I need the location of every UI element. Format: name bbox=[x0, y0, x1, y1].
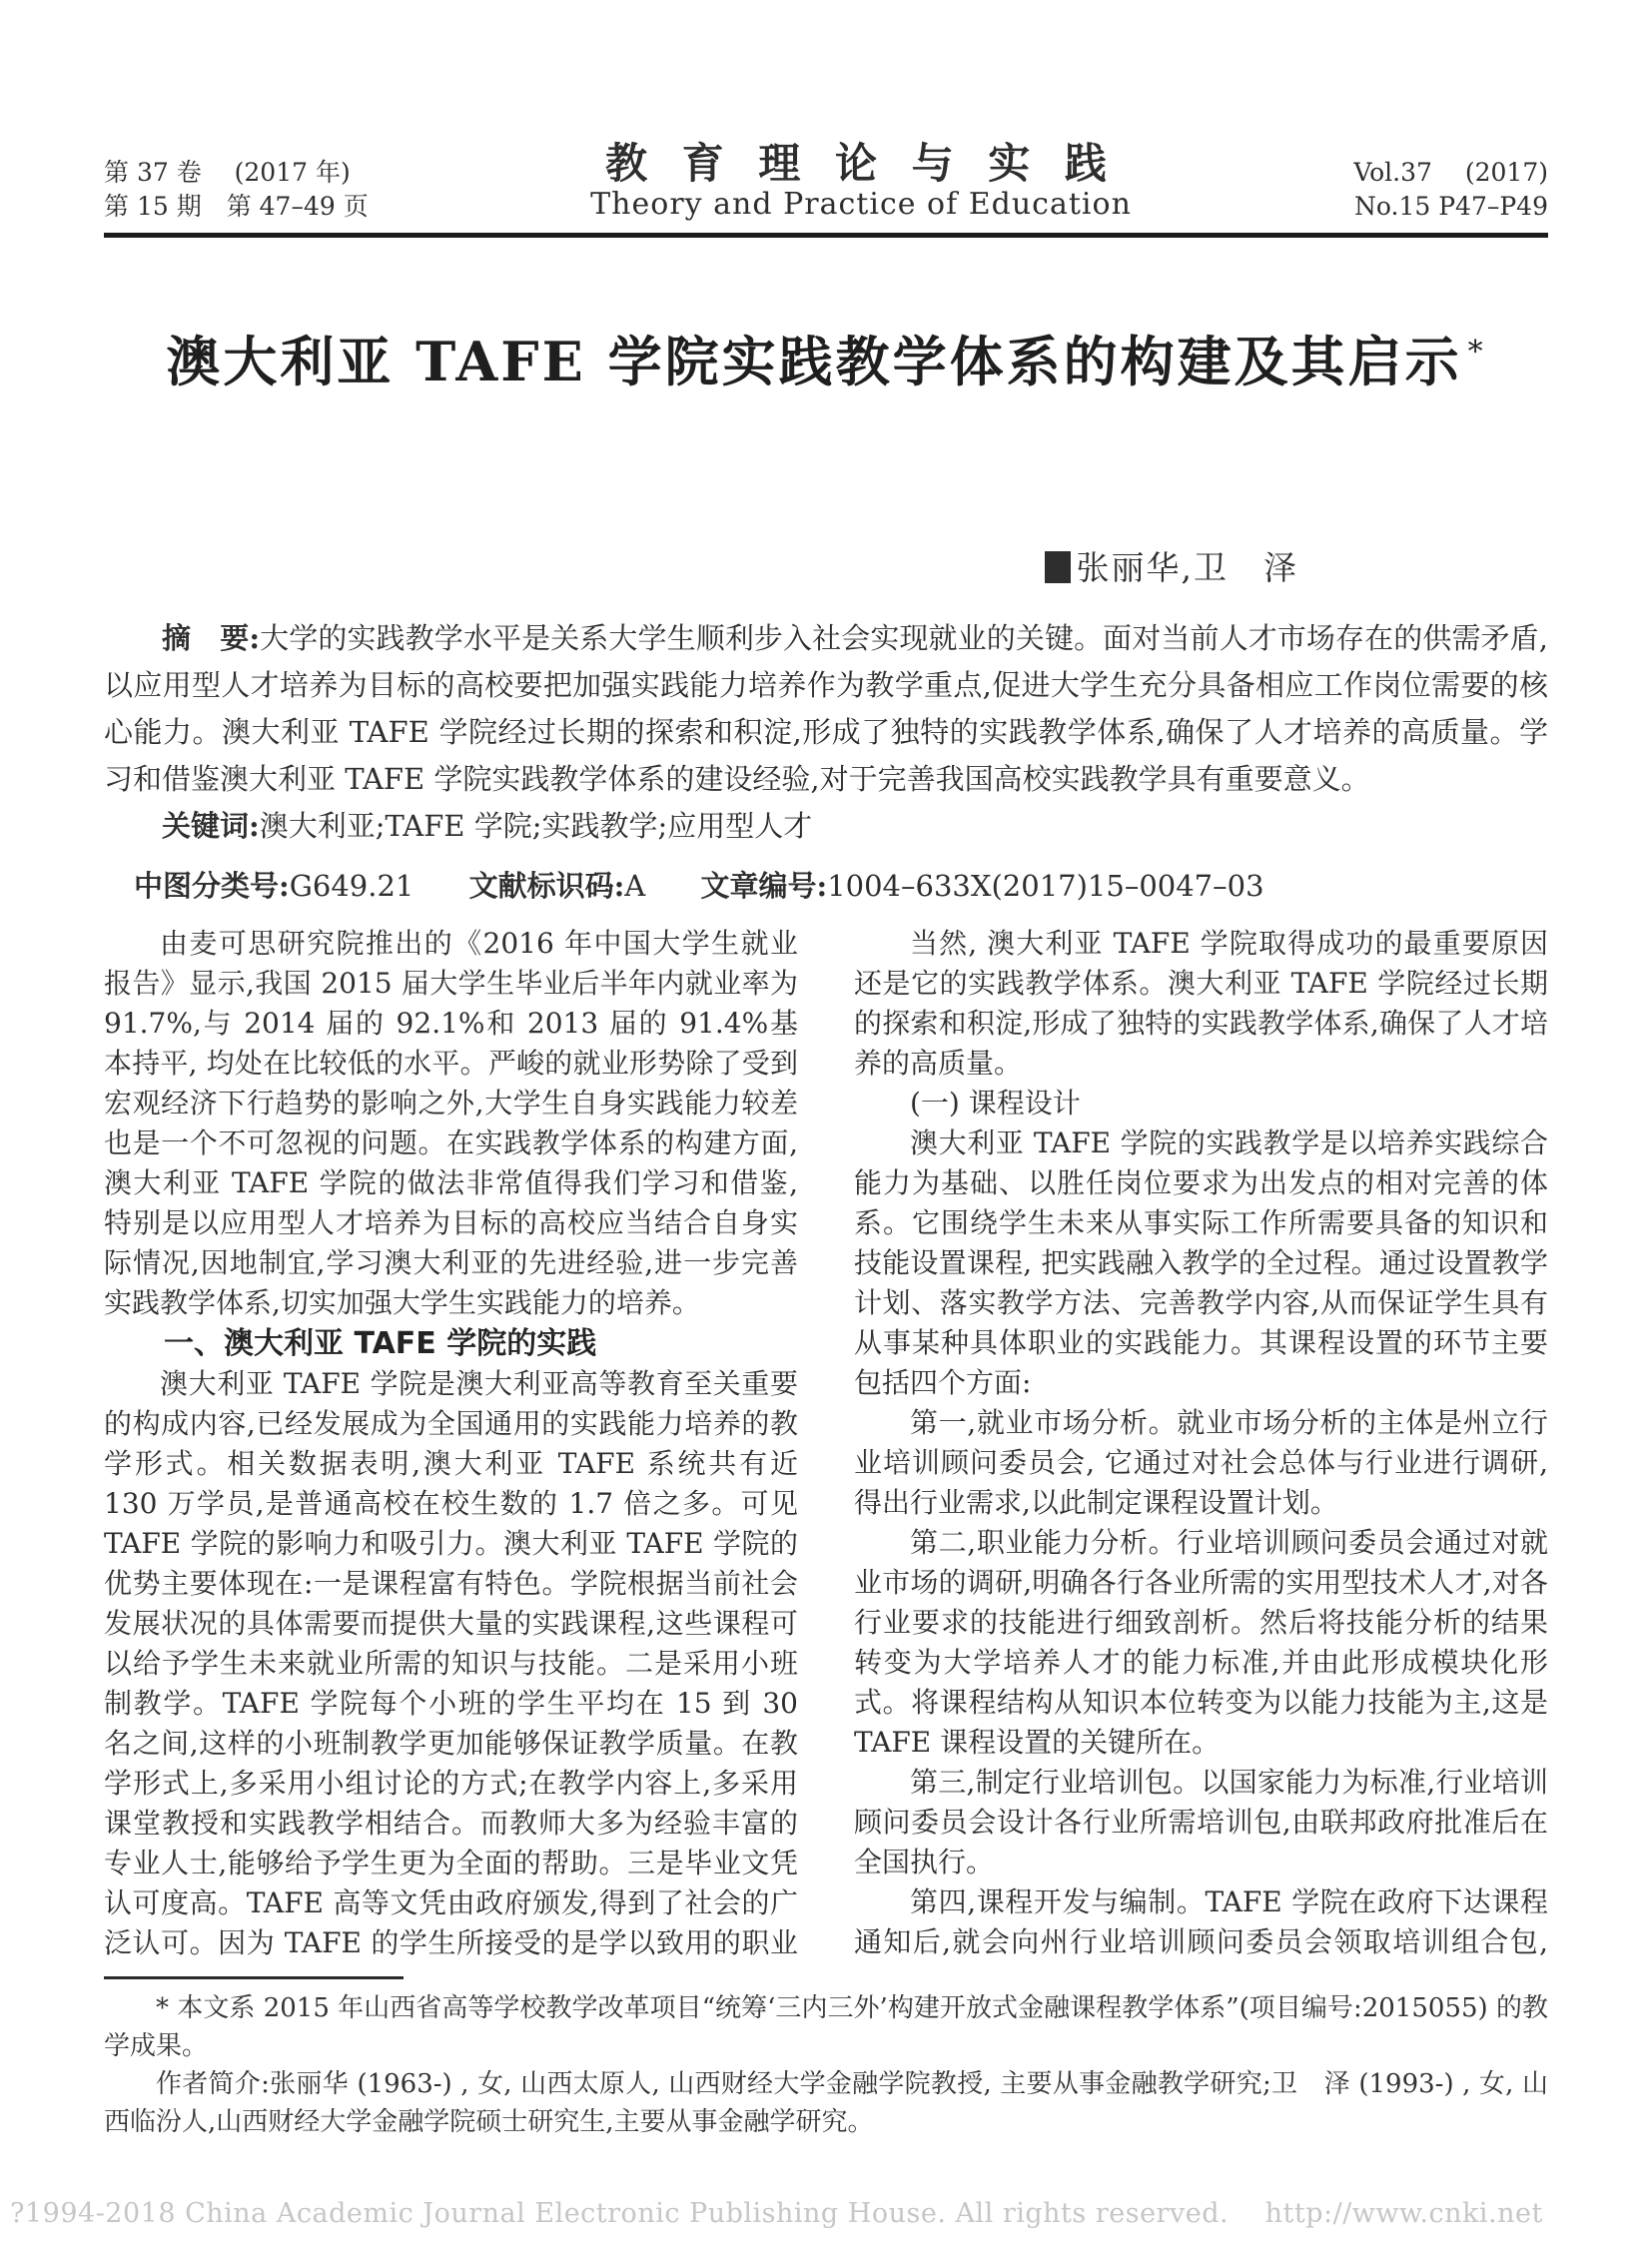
authors-text: 张丽华,卫 泽 bbox=[1077, 548, 1299, 587]
journal-name-en: Theory and Practice of Education bbox=[369, 186, 1354, 224]
footnote-author-bio: 作者简介:张丽华 (1963-) , 女, 山西太原人, 山西财经大学金融学院教… bbox=[104, 2065, 1548, 2141]
clc-label: 中图分类号: bbox=[134, 869, 290, 903]
section-heading: 一、澳大利亚 TAFE 学院的实践 bbox=[104, 1323, 798, 1364]
journal-header: 第 37 卷 (2017 年) 第 15 期 第 47–49 页 教 育 理 论… bbox=[104, 0, 1548, 224]
issue-line: 第 15 期 第 47–49 页 bbox=[104, 190, 369, 224]
right-column: 当然, 澳大利亚 TAFE 学院取得成功的最重要原因还是它的实践教学体系。澳大利… bbox=[854, 924, 1548, 1966]
abstract-text: 大学的实践教学水平是关系大学生顺利步入社会实现就业的关键。面对当前人才市场存在的… bbox=[104, 621, 1548, 796]
body-paragraph: 澳大利亚 TAFE 学院的实践教学是以培养实践综合能力为基础、以胜任岗位要求为出… bbox=[854, 1123, 1548, 1403]
clc-value: G649.21 bbox=[290, 869, 414, 903]
article-title-text: 澳大利亚 TAFE 学院实践教学体系的构建及其启示 bbox=[166, 330, 1461, 393]
body-paragraph: 当然, 澳大利亚 TAFE 学院取得成功的最重要原因还是它的实践教学体系。澳大利… bbox=[854, 924, 1548, 1084]
no-page-line: No.15 P47–P49 bbox=[1353, 190, 1548, 224]
keywords-paragraph: 关键词:澳大利亚;TAFE 学院;实践教学;应用型人才 bbox=[104, 803, 1548, 850]
article-id-label: 文章编号: bbox=[700, 869, 827, 903]
body-paragraph: 由麦可思研究院推出的《2016 年中国大学生就业报告》显示,我国 2015 届大… bbox=[104, 924, 798, 1323]
journal-page: 第 37 卷 (2017 年) 第 15 期 第 47–49 页 教 育 理 论… bbox=[0, 0, 1652, 2242]
vol-line: Vol.37 (2017) bbox=[1353, 156, 1548, 190]
abstract-label: 摘 要: bbox=[162, 621, 260, 655]
volume-line: 第 37 卷 (2017 年) bbox=[104, 156, 369, 190]
article-body: 由麦可思研究院推出的《2016 年中国大学生就业报告》显示,我国 2015 届大… bbox=[104, 924, 1548, 1966]
body-paragraph: 第一,就业市场分析。就业市场分析的主体是州立行业培训顾问委员会, 它通过对社会总… bbox=[854, 1403, 1548, 1523]
article-id-value: 1004–633X(2017)15–0047–03 bbox=[827, 869, 1263, 903]
doc-code-value: A bbox=[624, 869, 645, 903]
title-footnote-mark: * bbox=[1468, 335, 1486, 370]
volume-issue-info-en: Vol.37 (2017) No.15 P47–P49 bbox=[1353, 156, 1548, 224]
section-subheading: (一) 课程设计 bbox=[854, 1084, 1548, 1123]
keywords-text: 澳大利亚;TAFE 学院;实践教学;应用型人才 bbox=[260, 809, 813, 843]
footnote-funding: * 本文系 2015 年山西省高等学校教学改革项目“统筹‘三内三外’构建开放式金… bbox=[104, 1989, 1548, 2065]
body-paragraph: 澳大利亚 TAFE 学院是澳大利亚高等教育至关重要的构成内容,已经发展成为全国通… bbox=[104, 1364, 798, 1966]
body-paragraph: 第三,制定行业培训包。以国家能力为标准,行业培训顾问委员会设计各行业所需培训包,… bbox=[854, 1763, 1548, 1882]
footnote-block: * 本文系 2015 年山西省高等学校教学改革项目“统筹‘三内三外’构建开放式金… bbox=[104, 1989, 1548, 2141]
left-column: 由麦可思研究院推出的《2016 年中国大学生就业报告》显示,我国 2015 届大… bbox=[104, 924, 798, 1966]
abstract-block: 摘 要:大学的实践教学水平是关系大学生顺利步入社会实现就业的关键。面对当前人才市… bbox=[104, 615, 1548, 850]
body-paragraph: 第二,职业能力分析。行业培训顾问委员会通过对就业市场的调研,明确各行各业所需的实… bbox=[854, 1523, 1548, 1763]
cnki-watermark: ?1994-2018 China Academic Journal Electr… bbox=[10, 2191, 1543, 2230]
journal-name-block: 教 育 理 论 与 实 践 Theory and Practice of Edu… bbox=[369, 142, 1354, 224]
article-title: 澳大利亚 TAFE 学院实践教学体系的构建及其启示* bbox=[104, 322, 1548, 392]
authors-line: 张丽华,卫 泽 bbox=[104, 542, 1548, 589]
keywords-label: 关键词: bbox=[162, 809, 260, 843]
body-paragraph: 第四,课程开发与编制。TAFE 学院在政府下达课程通知后,就会向州行业培训顾问委… bbox=[854, 1882, 1548, 1966]
header-divider bbox=[104, 233, 1548, 238]
journal-name-cn: 教 育 理 论 与 实 践 bbox=[369, 142, 1354, 186]
volume-issue-info: 第 37 卷 (2017 年) 第 15 期 第 47–49 页 bbox=[104, 156, 369, 224]
author-square-icon bbox=[1045, 551, 1071, 583]
footnote-divider bbox=[104, 1976, 404, 1979]
doc-code-label: 文献标识码: bbox=[469, 869, 625, 903]
classification-meta: 中图分类号:G649.21 文献标识码:A 文章编号:1004–633X(201… bbox=[104, 866, 1548, 906]
abstract-paragraph: 摘 要:大学的实践教学水平是关系大学生顺利步入社会实现就业的关键。面对当前人才市… bbox=[104, 615, 1548, 803]
